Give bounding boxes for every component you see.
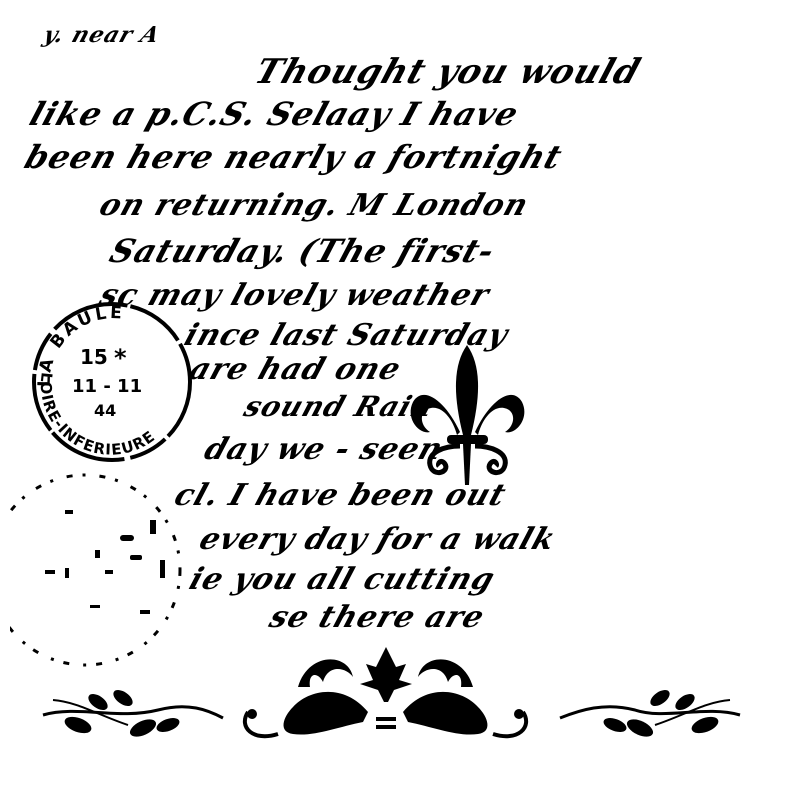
letter-line: every day for a walk <box>195 522 560 557</box>
postmark-date: 11 - 11 <box>72 376 142 397</box>
letter-line: are had one <box>185 352 406 387</box>
fleur-de-lis-icon <box>405 340 530 490</box>
vine-ornament-right-icon <box>555 680 745 740</box>
stencil-artwork: y. near A Thought you would like a p.C.S… <box>0 0 794 800</box>
faded-postmark <box>10 450 200 670</box>
letter-line: been here nearly a fortnight <box>20 138 567 176</box>
letter-line: ie you all cutting <box>185 562 500 597</box>
letter-line: like a p.C.S. Selaay I have <box>25 95 524 133</box>
letter-line: y. near A <box>40 22 164 48</box>
postmark-day: 15 <box>80 345 108 369</box>
vine-ornament-left-icon <box>38 680 228 740</box>
letter-line: Thought you would <box>250 52 646 92</box>
letter-line: on returning. M London <box>95 188 533 223</box>
letter-line: Saturday. (The first- <box>105 232 500 270</box>
postmark-stamp: LA BAULE LOIRE-INFERIEURE 15 * 11 - 11 4… <box>22 292 202 472</box>
postmark-year: 44 <box>94 401 116 420</box>
letter-line: se there are <box>265 600 489 635</box>
flourish-ornament-icon <box>238 642 533 747</box>
postmark-star: * <box>114 344 127 372</box>
